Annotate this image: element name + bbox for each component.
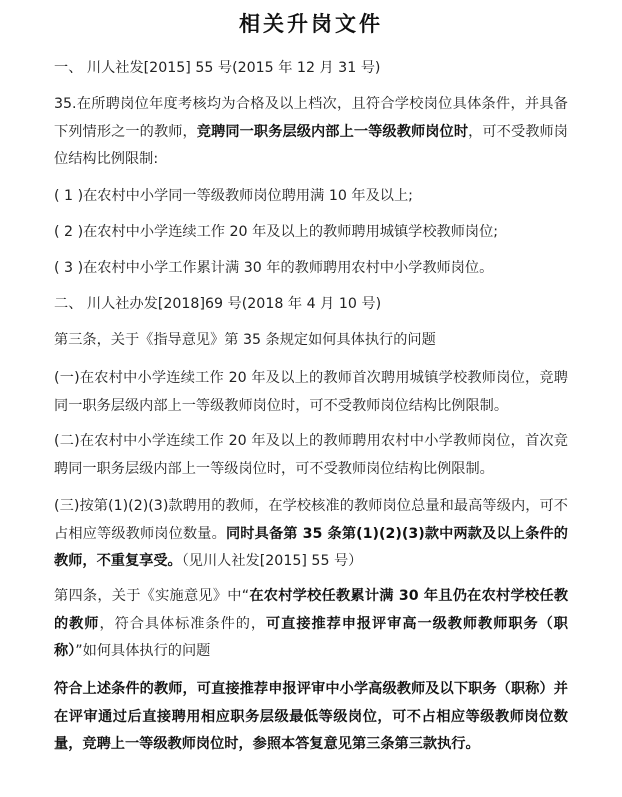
section-1-heading: 一、 川人社发[2015] 55 号(2015 年 12 月 31 号) [54,55,568,83]
condition-item-3: ( 3 )在农村中小学工作累计满 30 年的教师聘用农村中小学教师岗位。 [54,255,568,283]
article-4-heading: 第四条，关于《实施意见》中“在农村学校任教累计满 30 年且仍在农村学校任教的教… [54,583,568,666]
condition-item-1: ( 1 )在农村中小学同一等级教师岗位聘用满 10 年及以上; [54,183,568,211]
article-4-text-e: ”如何具体执行的问题 [75,643,210,659]
article-3-item-2: (二)在农村中小学连续工作 20 年及以上的教师聘用农村中小学教师岗位，首次竞聘… [54,428,568,483]
article-4-text-c: ，符合具体标准条件的， [99,616,266,632]
document-title: 相关升岗文件 [0,8,622,40]
article-3-item-3-reference: （见川人社发[2015] 55 号） [182,553,363,569]
article-35-paragraph: 35.在所聘岗位年度考核均为合格及以上档次，且符合学校岗位具体条件，并具备下列情… [54,91,568,174]
article-4-text-a: 第四条，关于《实施意见》中“ [54,588,249,604]
final-paragraph-text: 符合上述条件的教师，可直接推荐申报评审中小学高级教师及以下职务（职称）并在评审通… [54,681,568,752]
article-3-item-3: (三)按第(1)(2)(3)款聘用的教师，在学校核准的教师岗位总量和最高等级内，… [54,493,568,576]
article-3-heading: 第三条，关于《指导意见》第 35 条规定如何具体执行的问题 [54,327,568,355]
condition-item-2: ( 2 )在农村中小学连续工作 20 年及以上的教师聘用城镇学校教师岗位; [54,219,568,247]
section-2-heading: 二、 川人社办发[2018]69 号(2018 年 4 月 10 号) [54,291,568,319]
final-paragraph: 符合上述条件的教师，可直接推荐申报评审中小学高级教师及以下职务（职称）并在评审通… [54,676,568,759]
article-35-emphasis: 竞聘同一职务层级内部上一等级教师岗位时 [197,124,468,140]
article-3-item-1: (一)在农村中小学连续工作 20 年及以上的教师首次聘用城镇学校教师岗位，竞聘同… [54,365,568,420]
